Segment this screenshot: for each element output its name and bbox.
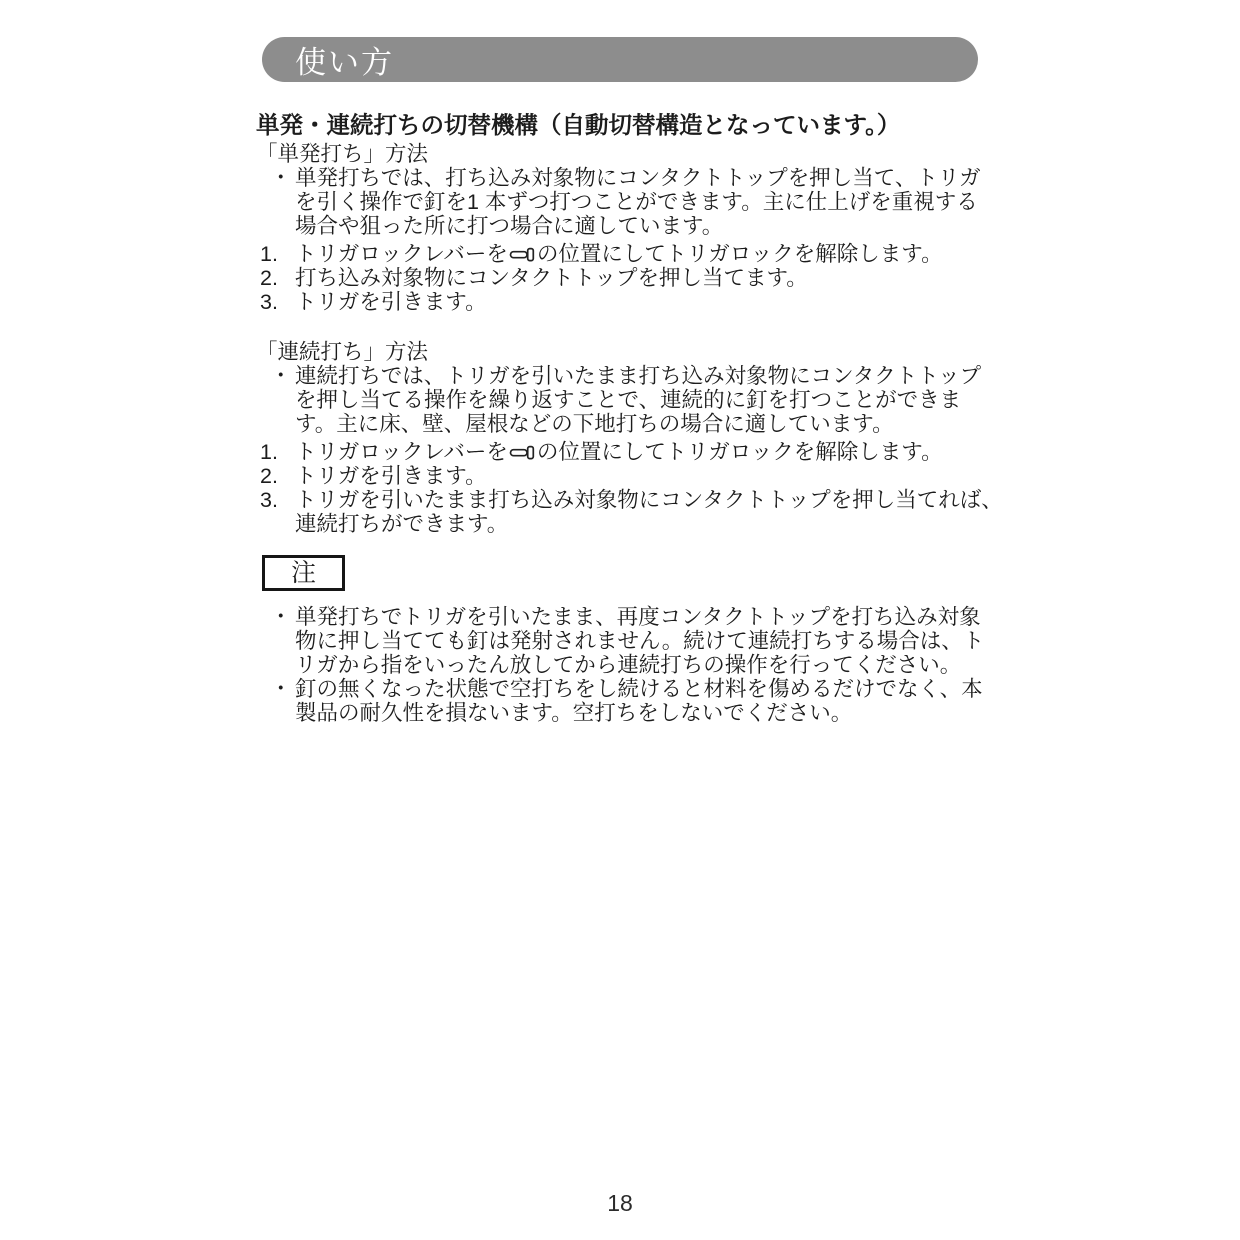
- bullet-text: 連続打ちでは、トリガを引いたまま打ち込み対象物にコンタクトトップ を押し当てる操…: [295, 364, 981, 436]
- step-text-post: の位置にしてトリガロックを解除します。: [537, 242, 943, 266]
- page-title: 使い方: [295, 37, 394, 82]
- text-line: を引く操作で釘を1 本ずつ打つことができます。主に仕上げを重視する: [295, 190, 981, 214]
- text-line: 連続打ちでは、トリガを引いたまま打ち込み対象物にコンタクトトップ: [295, 364, 981, 388]
- note-text: 単発打ちでトリガを引いたまま、再度コンタクトトップを打ち込み対象 物に押し当てて…: [295, 605, 984, 677]
- section-title: 「連続打ち」方法: [256, 340, 1026, 364]
- step-text: トリガロックレバーをの位置にしてトリガロックを解除します。: [295, 242, 943, 266]
- step-text: トリガを引きます。: [295, 290, 487, 314]
- text-line: 場合や狙った所に打つ場合に適しています。: [295, 214, 981, 238]
- note-item: ・ 釘の無くなった状態で空打ちをし続けると材料を傷めるだけでなく、本 製品の耐久…: [256, 677, 1026, 725]
- text-line: 物に押し当てても釘は発射されません。続けて連続打ちする場合は、ト: [295, 629, 984, 653]
- note-list: ・ 単発打ちでトリガを引いたまま、再度コンタクトトップを打ち込み対象 物に押し当…: [256, 605, 1026, 725]
- bullet-paragraph: ・ 連続打ちでは、トリガを引いたまま打ち込み対象物にコンタクトトップ を押し当て…: [256, 364, 1026, 436]
- bullet-marker: ・: [256, 166, 295, 190]
- step-item: 2. 打ち込み対象物にコンタクトトップを押し当てます。: [256, 266, 1026, 290]
- step-number: 1.: [256, 440, 295, 464]
- step-item: 1. トリガロックレバーをの位置にしてトリガロックを解除します。: [256, 440, 1026, 464]
- step-text: 打ち込み対象物にコンタクトトップを押し当てます。: [295, 266, 808, 290]
- step-number: 3.: [256, 290, 295, 314]
- step-item: 1. トリガロックレバーをの位置にしてトリガロックを解除します。: [256, 242, 1026, 266]
- section-single-shot: 「単発打ち」方法 ・ 単発打ちでは、打ち込み対象物にコンタクトトップを押し当て、…: [256, 142, 1026, 314]
- bullet-paragraph: ・ 単発打ちでは、打ち込み対象物にコンタクトトップを押し当て、トリガ を引く操作…: [256, 166, 1026, 238]
- page-number: 18: [0, 1190, 1240, 1217]
- step-text: トリガを引いたまま打ち込み対象物にコンタクトトップを押し当てれば、 連続打ちがで…: [295, 488, 1003, 536]
- step-text-pre: トリガロックレバーを: [295, 440, 508, 464]
- step-number: 2.: [256, 266, 295, 290]
- text-line: 単発打ちでは、打ち込み対象物にコンタクトトップを押し当て、トリガ: [295, 166, 981, 190]
- step-number: 1.: [256, 242, 295, 266]
- text-line: トリガを引いたまま打ち込み対象物にコンタクトトップを押し当てれば、: [295, 488, 1003, 512]
- note-item: ・ 単発打ちでトリガを引いたまま、再度コンタクトトップを打ち込み対象 物に押し当…: [256, 605, 1026, 677]
- step-text-pre: トリガロックレバーを: [295, 242, 508, 266]
- mechanism-heading: 単発・連続打ちの切替機構（自動切替構造となっています。）: [256, 110, 1026, 140]
- trigger-lock-lever-icon: [509, 247, 536, 262]
- section-header-bar: 使い方: [262, 37, 978, 82]
- step-text-post: の位置にしてトリガロックを解除します。: [537, 440, 943, 464]
- bullet-marker: ・: [256, 605, 295, 629]
- text-line: 単発打ちでトリガを引いたまま、再度コンタクトトップを打ち込み対象: [295, 605, 984, 629]
- text-line: を押し当てる操作を繰り返すことで、連続的に釘を打つことができま: [295, 388, 981, 412]
- step-item: 3. トリガを引きます。: [256, 290, 1026, 314]
- text-line: 製品の耐久性を損ないます。空打ちをしないでください。: [295, 701, 983, 725]
- note-box: 注: [262, 555, 345, 591]
- numbered-steps: 1. トリガロックレバーをの位置にしてトリガロックを解除します。 2. トリガを…: [256, 440, 1026, 536]
- step-text: トリガを引きます。: [295, 464, 487, 488]
- page-content: 単発・連続打ちの切替機構（自動切替構造となっています。） 「単発打ち」方法 ・ …: [256, 110, 1026, 725]
- step-number: 3.: [256, 488, 295, 512]
- text-line: す。主に床、壁、屋根などの下地打ちの場合に適しています。: [295, 412, 981, 436]
- bullet-marker: ・: [256, 677, 295, 701]
- numbered-steps: 1. トリガロックレバーをの位置にしてトリガロックを解除します。 2. 打ち込み…: [256, 242, 1026, 314]
- note-text: 釘の無くなった状態で空打ちをし続けると材料を傷めるだけでなく、本 製品の耐久性を…: [295, 677, 983, 725]
- step-number: 2.: [256, 464, 295, 488]
- bullet-text: 単発打ちでは、打ち込み対象物にコンタクトトップを押し当て、トリガ を引く操作で釘…: [295, 166, 981, 238]
- section-continuous-shot: 「連続打ち」方法 ・ 連続打ちでは、トリガを引いたまま打ち込み対象物にコンタクト…: [256, 340, 1026, 536]
- manual-page: 使い方 単発・連続打ちの切替機構（自動切替構造となっています。） 「単発打ち」方…: [0, 0, 1240, 1240]
- step-text: トリガロックレバーをの位置にしてトリガロックを解除します。: [295, 440, 943, 464]
- trigger-lock-lever-icon: [509, 445, 536, 460]
- step-item: 3. トリガを引いたまま打ち込み対象物にコンタクトトップを押し当てれば、 連続打…: [256, 488, 1026, 536]
- text-line: 連続打ちができます。: [295, 512, 1003, 536]
- text-line: 釘の無くなった状態で空打ちをし続けると材料を傷めるだけでなく、本: [295, 677, 983, 701]
- note-label: 注: [291, 561, 316, 585]
- text-line: リガから指をいったん放してから連続打ちの操作を行ってください。: [295, 653, 984, 677]
- step-item: 2. トリガを引きます。: [256, 464, 1026, 488]
- section-title: 「単発打ち」方法: [256, 142, 1026, 166]
- bullet-marker: ・: [256, 364, 295, 388]
